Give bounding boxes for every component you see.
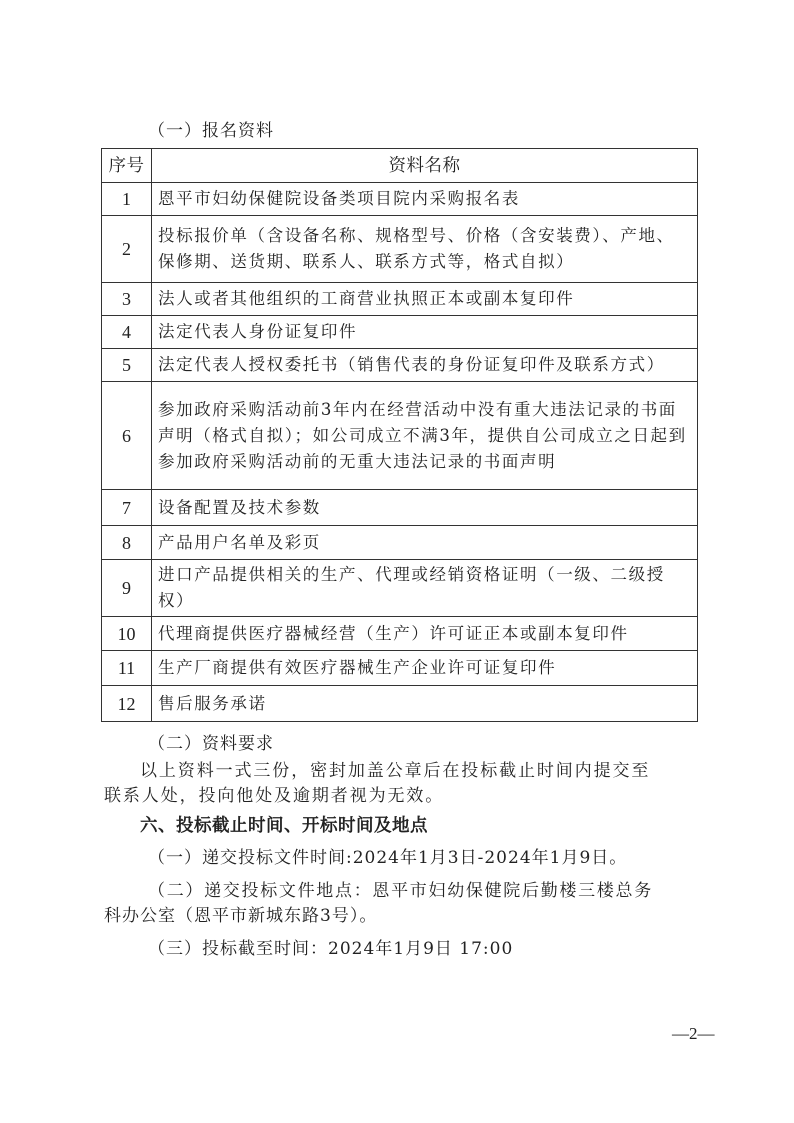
row-name: 参加政府采购活动前3年内在经营活动中没有重大违法记录的书面声明（格式自拟）；如公… xyxy=(152,382,698,490)
section-title-material-requirements: （二）资料要求 xyxy=(148,729,274,754)
table-row: 5 法定代表人授权委托书（销售代表的身份证复印件及联系方式） xyxy=(102,349,698,382)
section-heading-deadline-and-location: 六、投标截止时间、开标时间及地点 xyxy=(140,812,428,837)
table-row: 6 参加政府采购活动前3年内在经营活动中没有重大违法记录的书面声明（格式自拟）；… xyxy=(102,382,698,490)
row-name: 法定代表人授权委托书（销售代表的身份证复印件及联系方式） xyxy=(158,350,691,381)
row-no: 8 xyxy=(102,526,152,560)
row-name: 代理商提供医疗器械经营（生产）许可证正本或副本复印件 xyxy=(152,617,698,651)
row-name: 法人或者其他组织的工商营业执照正本或副本复印件 xyxy=(152,283,698,316)
table-row: 11 生产厂商提供有效医疗器械生产企业许可证复印件 xyxy=(102,651,698,686)
table-row: 1 恩平市妇幼保健院设备类项目院内采购报名表 xyxy=(102,183,698,216)
submission-time: （一）递交投标文件时间:2024年1月3日-2024年1月9日。 xyxy=(148,843,627,868)
header-no: 序号 xyxy=(102,149,152,183)
row-no: 10 xyxy=(102,617,152,651)
row-name: 法定代表人身份证复印件 xyxy=(152,316,698,349)
row-name: 产品用户名单及彩页 xyxy=(152,526,698,560)
row-no: 4 xyxy=(102,316,152,349)
row-name-cell: 法定代表人授权委托书（销售代表的身份证复印件及联系方式） xyxy=(152,349,698,382)
submission-location-line1: （二）递交投标文件地点：恩平市妇幼保健院后勤楼三楼总务 xyxy=(148,876,653,901)
row-no: 6 xyxy=(102,382,152,490)
row-no: 5 xyxy=(102,349,152,382)
row-no: 2 xyxy=(102,216,152,283)
row-name: 设备配置及技术参数 xyxy=(152,490,698,526)
table-row: 12 售后服务承诺 xyxy=(102,686,698,722)
row-no: 9 xyxy=(102,560,152,617)
bid-deadline: （三）投标截至时间：2024年1月9日 17:00 xyxy=(148,934,513,959)
table-row: 8 产品用户名单及彩页 xyxy=(102,526,698,560)
table-row: 4 法定代表人身份证复印件 xyxy=(102,316,698,349)
page-number: —2— xyxy=(672,1024,715,1044)
header-name: 资料名称 xyxy=(152,149,698,183)
section-title-registration-materials: （一）报名资料 xyxy=(148,116,274,141)
row-no: 1 xyxy=(102,183,152,216)
table-header-row: 序号 资料名称 xyxy=(102,149,698,183)
submission-location-line2: 科办公室（恩平市新城东路3号）。 xyxy=(104,901,377,926)
row-no: 3 xyxy=(102,283,152,316)
row-no: 7 xyxy=(102,490,152,526)
row-no: 11 xyxy=(102,651,152,686)
row-no: 12 xyxy=(102,686,152,722)
row-name: 生产厂商提供有效医疗器械生产企业许可证复印件 xyxy=(152,651,698,686)
row-name: 售后服务承诺 xyxy=(152,686,698,722)
table-row: 9 进口产品提供相关的生产、代理或经销资格证明（一级、二级授权） xyxy=(102,560,698,617)
row-name: 投标报价单（含设备名称、规格型号、价格（含安装费）、产地、保修期、送货期、联系人… xyxy=(152,216,698,283)
requirements-paragraph-line1: 以上资料一式三份，密封加盖公章后在投标截止时间内提交至 xyxy=(140,756,650,781)
row-name: 恩平市妇幼保健院设备类项目院内采购报名表 xyxy=(152,183,698,216)
table-row: 2 投标报价单（含设备名称、规格型号、价格（含安装费）、产地、保修期、送货期、联… xyxy=(102,216,698,283)
materials-table: 序号 资料名称 1 恩平市妇幼保健院设备类项目院内采购报名表 2 投标报价单（含… xyxy=(101,148,698,722)
table-row: 10 代理商提供医疗器械经营（生产）许可证正本或副本复印件 xyxy=(102,617,698,651)
table-row: 3 法人或者其他组织的工商营业执照正本或副本复印件 xyxy=(102,283,698,316)
table-row: 7 设备配置及技术参数 xyxy=(102,490,698,526)
requirements-paragraph-line2: 联系人处，投向他处及逾期者视为无效。 xyxy=(104,781,444,806)
row-name: 进口产品提供相关的生产、代理或经销资格证明（一级、二级授权） xyxy=(152,560,698,617)
